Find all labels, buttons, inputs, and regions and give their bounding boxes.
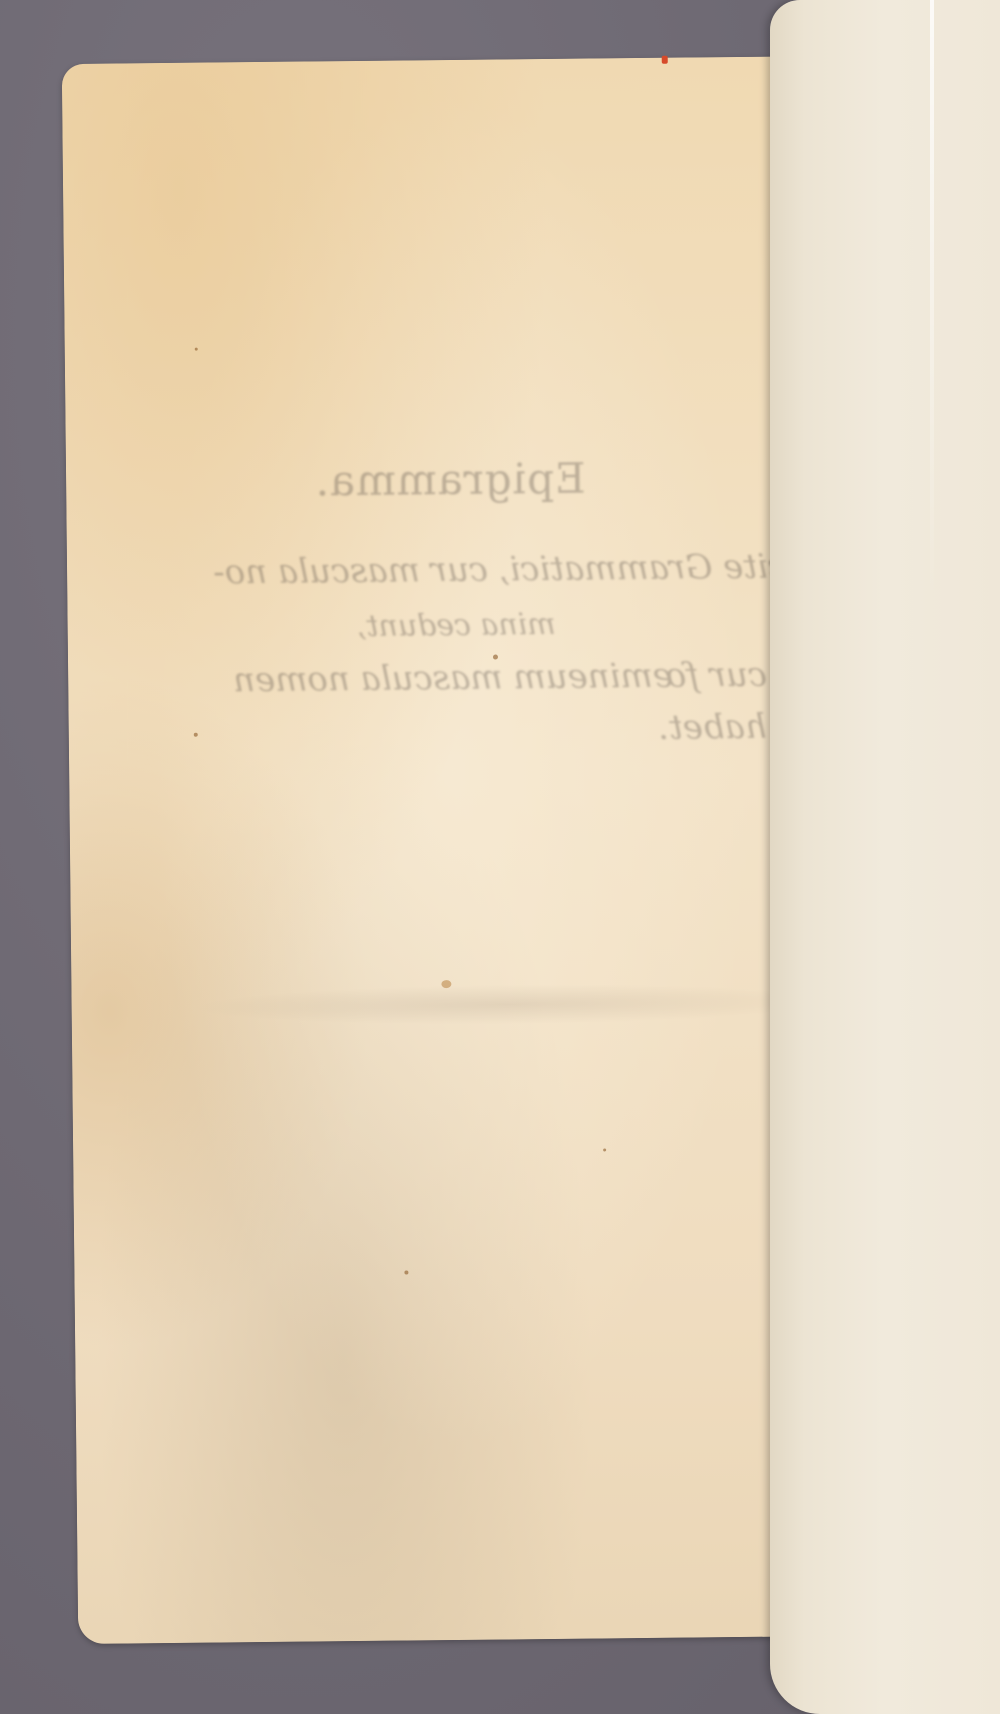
paper-speck — [441, 980, 451, 988]
show-through-text: Epigramma. Dicite Grammatici, cur mascul… — [62, 56, 847, 1644]
paper-speck — [194, 733, 198, 737]
adjacent-page-edge — [770, 0, 1000, 1714]
bleed-line-4: habet. — [658, 707, 767, 748]
bleed-line-3: Et cur fœmineum mascula nomen — [233, 654, 816, 700]
bleed-line-1: Dicite Grammatici, cur mascula no- — [213, 546, 825, 592]
paper-speck — [404, 1271, 408, 1275]
paper-speck — [493, 655, 498, 660]
book-page: Epigramma. Dicite Grammatici, cur mascul… — [62, 56, 847, 1644]
paper-speck — [603, 1148, 606, 1151]
paper-speck — [195, 348, 198, 351]
page-fold-highlight — [930, 0, 934, 600]
page-smudge — [191, 981, 831, 1028]
bleed-title: Epigramma. — [66, 451, 834, 508]
bleed-line-2: mina cedunt, — [357, 607, 556, 644]
